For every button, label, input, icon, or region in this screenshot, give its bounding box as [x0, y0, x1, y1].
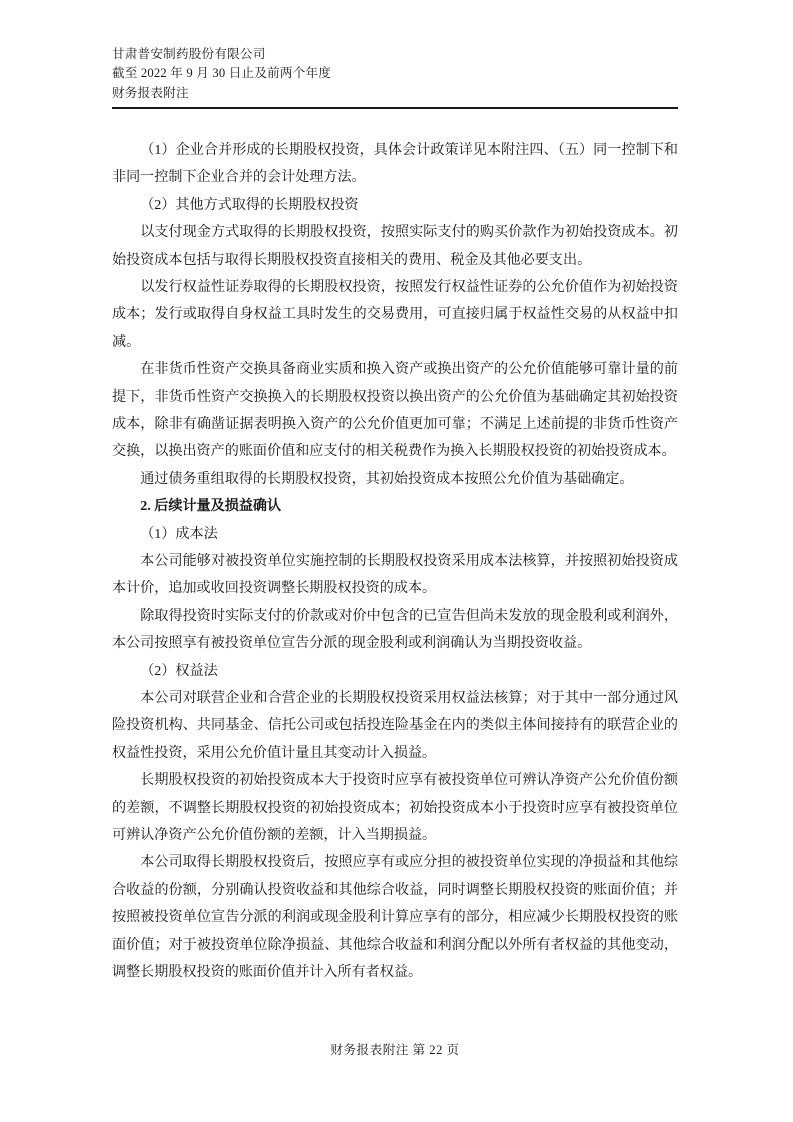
- paragraph: 以发行权益性证券取得的长期股权投资，按照发行权益性证券的公允价值作为初始投资成本…: [112, 274, 678, 356]
- paragraph: （2）权益法: [112, 658, 678, 685]
- paragraph: 本公司能够对被投资单位实施控制的长期股权投资采用成本法核算，并按照初始投资成本计…: [112, 548, 678, 603]
- section-heading: 2. 后续计量及损益确认: [112, 493, 678, 520]
- paragraph: （2）其他方式取得的长期股权投资: [112, 192, 678, 219]
- paragraph: （1）企业合并形成的长期股权投资，具体会计政策详见本附注四、（五）同一控制下和非…: [112, 137, 678, 192]
- paragraph: 除取得投资时实际支付的价款或对价中包含的已宣告但尚未发放的现金股利或利润外，本公…: [112, 603, 678, 658]
- document-page: 甘肃普安制药股份有限公司 截至 2022 年 9 月 30 日止及前两个年度 财…: [0, 0, 793, 1122]
- document-title: 财务报表附注: [112, 84, 678, 103]
- header-divider: [112, 107, 678, 109]
- paragraph: 通过债务重组取得的长期股权投资，其初始投资成本按照公允价值为基础确定。: [112, 466, 678, 493]
- page-content: 甘肃普安制药股份有限公司 截至 2022 年 9 月 30 日止及前两个年度 财…: [112, 0, 678, 986]
- company-name: 甘肃普安制药股份有限公司: [112, 45, 678, 64]
- paragraph: 在非货币性资产交换具备商业实质和换入资产或换出资产的公允价值能够可靠计量的前提下…: [112, 356, 678, 466]
- report-period: 截至 2022 年 9 月 30 日止及前两个年度: [112, 64, 678, 83]
- document-header: 甘肃普安制药股份有限公司 截至 2022 年 9 月 30 日止及前两个年度 财…: [112, 45, 678, 103]
- paragraph: 以支付现金方式取得的长期股权投资，按照实际支付的购买价款作为初始投资成本。初始投…: [112, 219, 678, 274]
- document-body: （1）企业合并形成的长期股权投资，具体会计政策详见本附注四、（五）同一控制下和非…: [112, 137, 678, 987]
- paragraph: 本公司对联营企业和合营企业的长期股权投资采用权益法核算；对于其中一部分通过风险投…: [112, 685, 678, 767]
- paragraph: 长期股权投资的初始投资成本大于投资时应享有被投资单位可辨认净资产公允价值份额的差…: [112, 767, 678, 849]
- paragraph: 本公司取得长期股权投资后，按照应享有或应分担的被投资单位实现的净损益和其他综合收…: [112, 849, 678, 986]
- footer-page-label: 财务报表附注 第 22 页: [330, 1043, 459, 1057]
- page-footer: 财务报表附注 第 22 页: [112, 1041, 678, 1059]
- paragraph: （1）成本法: [112, 521, 678, 548]
